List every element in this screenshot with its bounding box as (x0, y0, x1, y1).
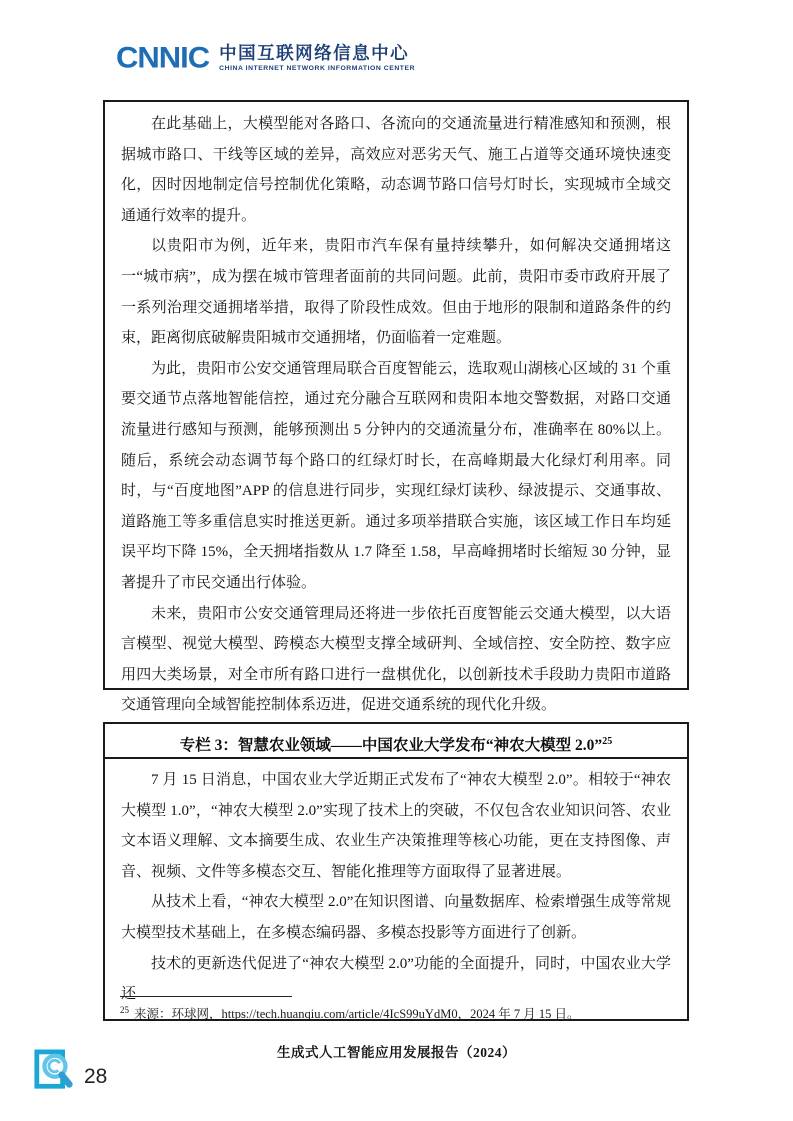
cnnic-header-logo: CNNIC 中国互联网络信息中心 CHINA INTERNET NETWORK … (116, 42, 415, 73)
footnote-separator (120, 996, 292, 997)
case-paragraph-1: 在此基础上，大模型能对各路口、各流向的交通流量进行精准感知和预测，根据城市路口、… (121, 109, 671, 231)
footer-report-title: 生成式人工智能应用发展报告（2024） (0, 1041, 793, 1061)
page-badge: 28 (33, 1047, 107, 1095)
cnnic-logo-icon: CNNIC (116, 43, 209, 72)
page-number: 28 (84, 1065, 107, 1089)
column-3-title-text: 专栏 3：智慧农业领域——中国农业大学发布“神农大模型 2.0” (180, 737, 602, 754)
column-paragraph-3: 技术的更新迭代促进了“神农大模型 2.0”功能的全面提升，同时，中国农业大学还 (121, 949, 671, 1010)
org-name-english: CHINA INTERNET NETWORK INFORMATION CENTE… (219, 65, 415, 72)
org-names: 中国互联网络信息中心 CHINA INTERNET NETWORK INFORM… (219, 43, 415, 71)
footnote-marker: 25 (120, 1005, 129, 1015)
case-paragraph-3: 为此，贵阳市公安交通管理局联合百度智能云，选取观山湖核心区域的 31 个重要交通… (121, 354, 671, 599)
report-page: { "header": { "logo_text": "CNNIC", "org… (0, 0, 793, 1121)
column-3-box: 专栏 3：智慧农业领域——中国农业大学发布“神农大模型 2.0”25 7 月 1… (103, 722, 689, 1021)
column-paragraph-2: 从技术上看，“神农大模型 2.0”在知识图谱、向量数据库、检索增强生成等常规大模… (121, 887, 671, 948)
page-corner-logo-icon (33, 1047, 75, 1095)
case-paragraph-2: 以贵阳市为例，近年来，贵阳市汽车保有量持续攀升，如何解决交通拥堵这一“城市病”，… (121, 231, 671, 353)
case-study-box: 在此基础上，大模型能对各路口、各流向的交通流量进行精准感知和预测，根据城市路口、… (103, 100, 689, 690)
footnote-25: 25来源：环球网，https://tech.huanqiu.com/articl… (120, 1004, 680, 1024)
column-3-body: 7 月 15 日消息，中国农业大学近期正式发布了“神农大模型 2.0”。相较于“… (105, 759, 687, 1019)
org-name-chinese: 中国互联网络信息中心 (219, 43, 415, 63)
footnote-text: 来源：环球网，https://tech.huanqiu.com/article/… (134, 1007, 579, 1021)
column-3-footnote-ref: 25 (602, 736, 612, 747)
case-paragraph-4: 未来，贵阳市公安交通管理局还将进一步依托百度智能云交通大模型，以大语言模型、视觉… (121, 599, 671, 721)
column-3-title: 专栏 3：智慧农业领域——中国农业大学发布“神农大模型 2.0”25 (105, 724, 687, 759)
column-paragraph-1: 7 月 15 日消息，中国农业大学近期正式发布了“神农大模型 2.0”。相较于“… (121, 765, 671, 887)
